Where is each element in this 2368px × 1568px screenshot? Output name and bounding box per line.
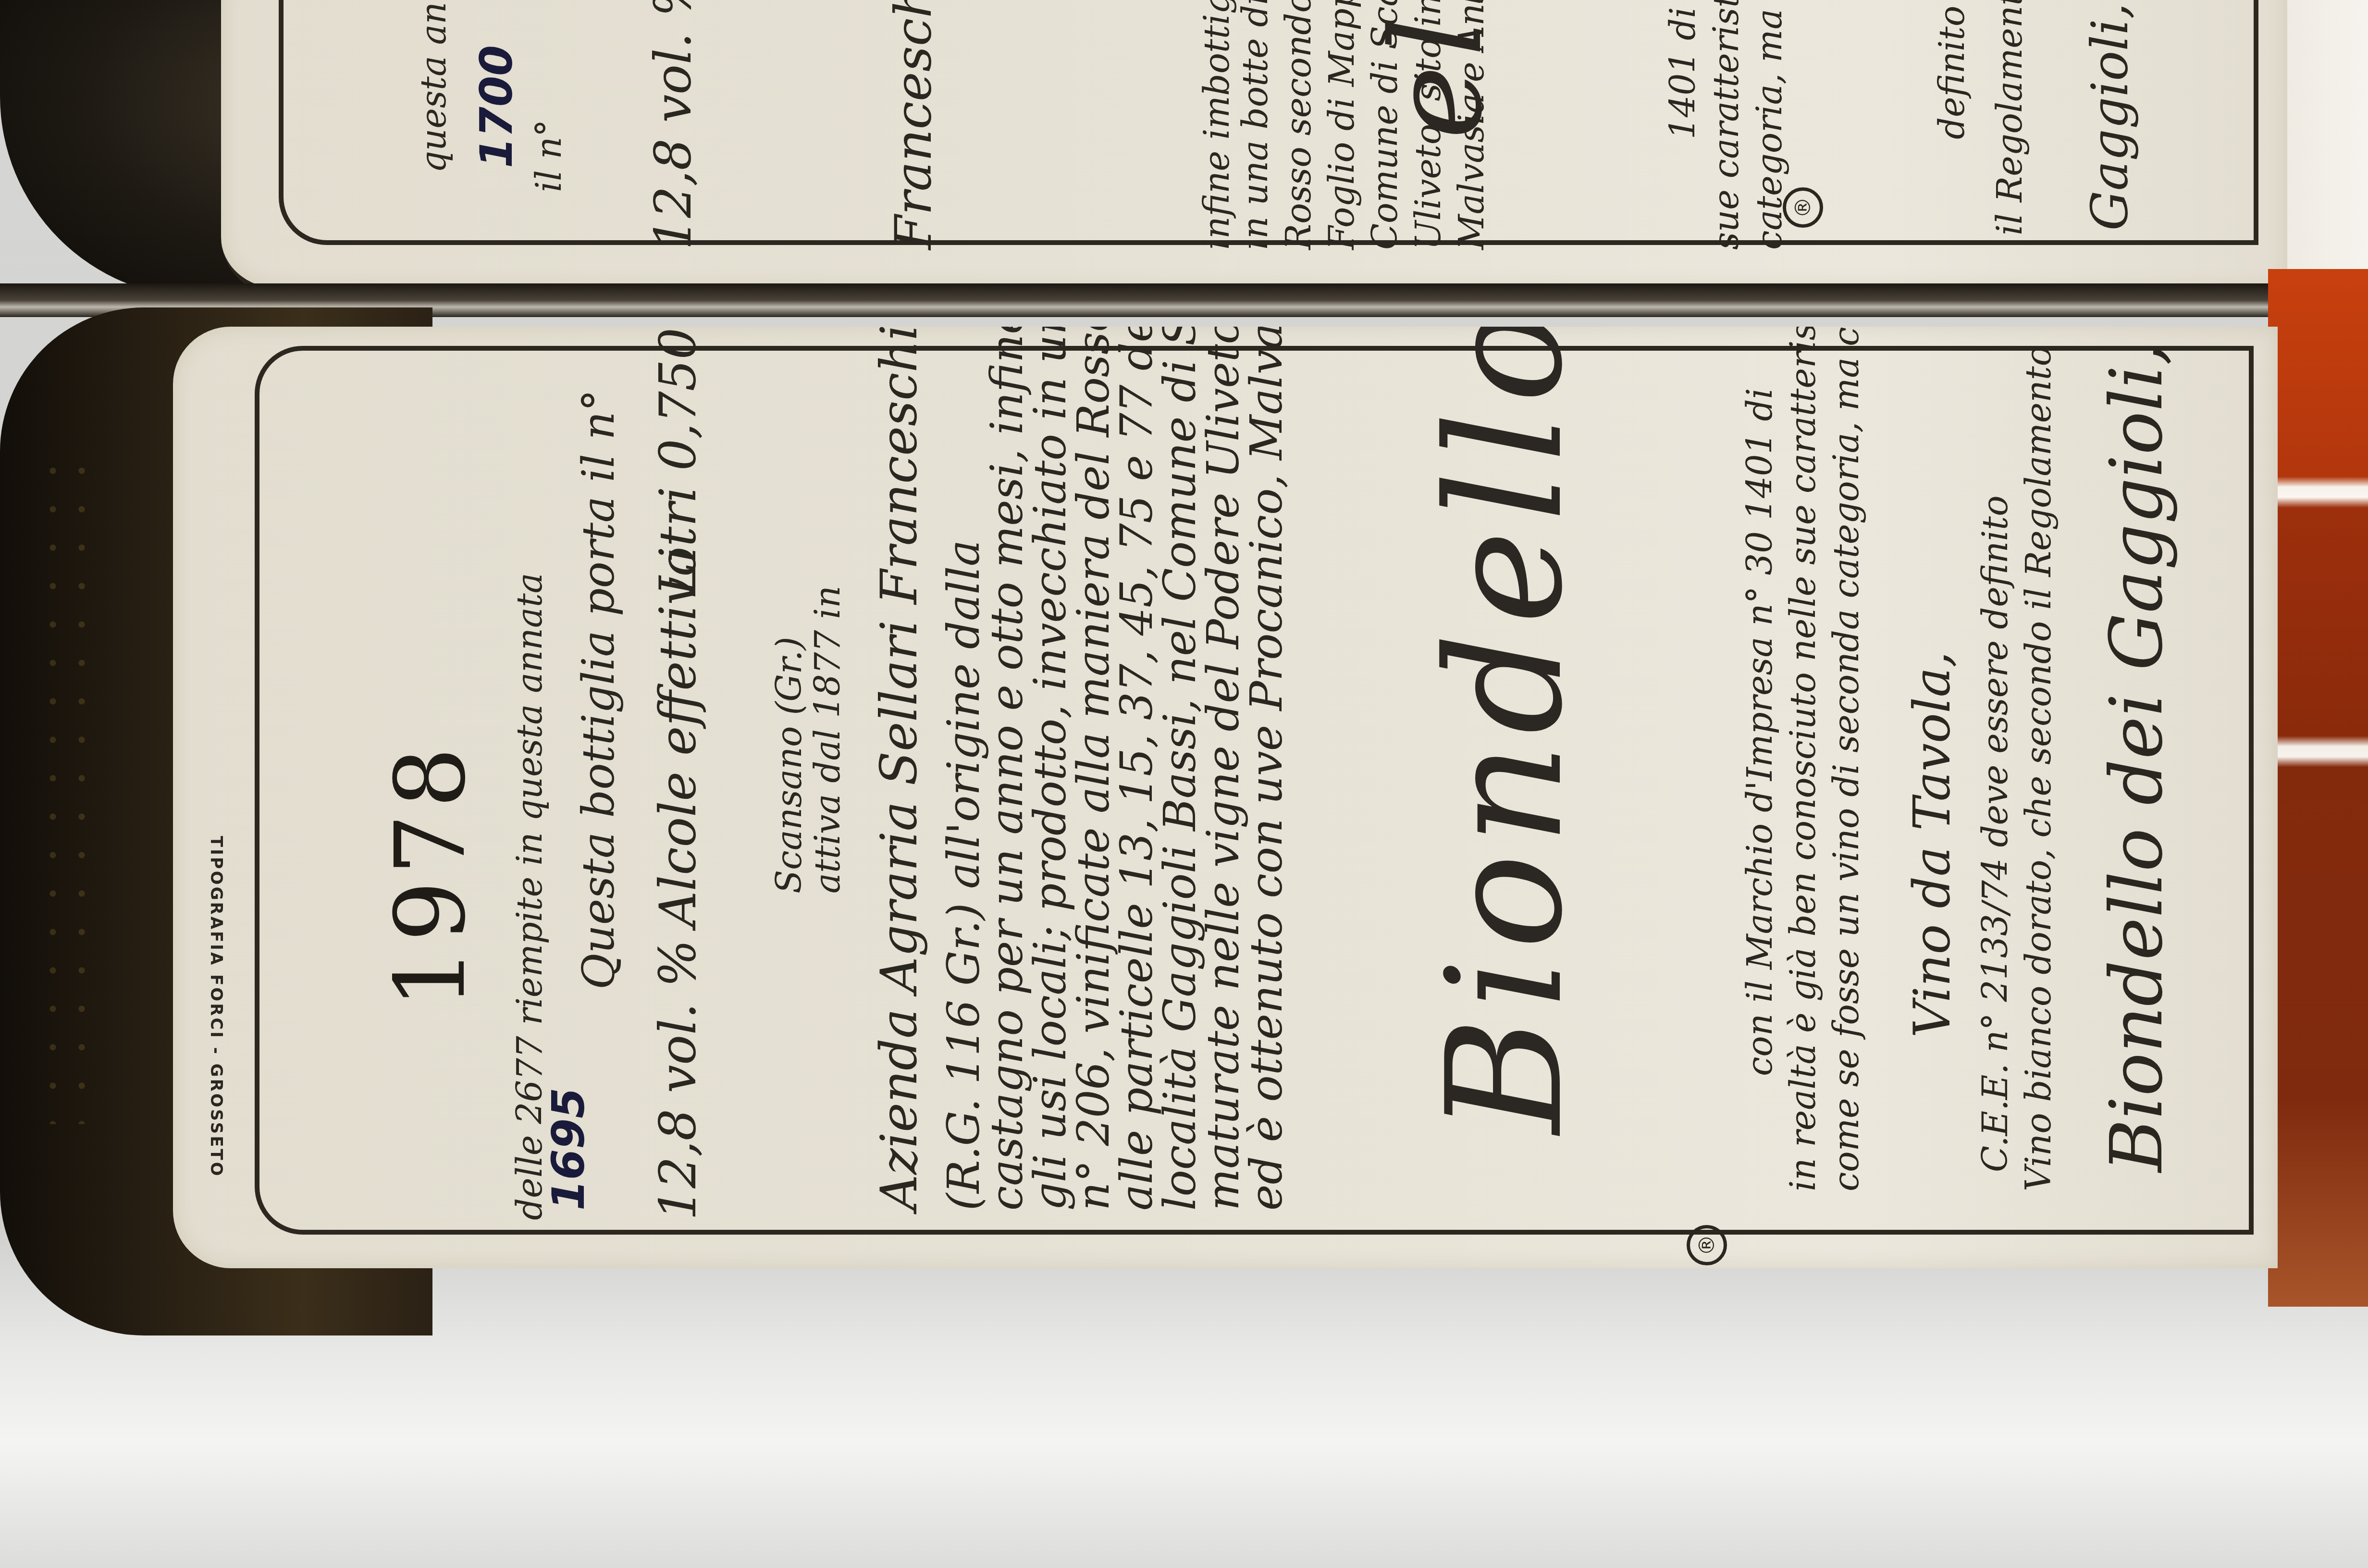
header-line-1: Vino bianco dorato, che secondo il Regol… xyxy=(2018,345,2059,1191)
alcohol-label: Alcole effettivo xyxy=(649,547,707,927)
printer-credit: TIPOGRAFIA FORCI - GROSSETO xyxy=(207,836,226,1178)
upper-label-fragment: Rosso secondo xyxy=(1278,0,1319,250)
upper-label-fragment: in una botte di xyxy=(1235,0,1275,250)
paragraph-line: (R.G. 116 Gr.) all'origine dalla xyxy=(942,540,986,1211)
wine-name-title: Biondello xyxy=(1413,327,1597,1134)
bottle-statement-line-2: delle 2677 riempite in questa annata xyxy=(509,573,550,1220)
vintage-year: 1978 xyxy=(375,741,487,1009)
header-line-5: in realtà è già ben conosciuto nelle sue… xyxy=(1783,327,1823,1191)
upper-label-fragment: infine imbottigliato xyxy=(1196,0,1237,250)
header-line-6: con il Marchio d'Impresa n° 30 1401 di xyxy=(1739,388,1780,1076)
paragraph-line: località Gaggioli Bassi, nel Comune di S… xyxy=(1158,327,1202,1211)
producer-name: Azienda Agraria Sellari Franceschini xyxy=(870,327,928,1211)
header-line-4: come se fosse un vino di seconda categor… xyxy=(1826,327,1866,1191)
upper-alcohol-value: 12,8 vol. % xyxy=(644,0,703,250)
header-line-3: Vino da Tavola, xyxy=(1903,651,1961,1038)
upper-label-fragment: Malvasia e Ansonica, xyxy=(1451,0,1492,250)
upper-label-fragment: Comune di Scansano, xyxy=(1365,0,1405,250)
upper-wine-label: Gaggioli, il Regolamento definito catego… xyxy=(221,0,2287,295)
photo-scene: Gaggioli, il Regolamento definito catego… xyxy=(0,0,2368,1568)
upper-bottle-number: 1700 xyxy=(471,45,522,168)
bottle-statement-line-1: Questa bottiglia porta il n° xyxy=(577,389,621,990)
upper-label-fragment: Uliveto; sito in xyxy=(1408,0,1448,250)
paragraph-line: maturate nelle vigne del Podere Uliveto,… xyxy=(1201,327,1246,1211)
amber-wine-through-glass xyxy=(2268,269,2368,1307)
paragraph-line: n° 206, vinificate alla maniera del Ross… xyxy=(1072,327,1116,1211)
paragraph-line: alle particelle 13, 15, 37, 45, 75 e 77 … xyxy=(1115,327,1159,1211)
upper-label-fragment: sue caratteristiche xyxy=(1706,0,1746,250)
upper-label-fragment: 1401 di xyxy=(1663,7,1703,139)
upper-label-fragment: Gaggioli, xyxy=(2081,3,2139,231)
upper-label-fragment: il Regolamento xyxy=(1989,0,2030,235)
upper-label-fragment: Foglio di Mappa xyxy=(1321,0,1362,250)
paragraph-line: gli usi locali; prodotto, invecchiato in… xyxy=(1028,327,1073,1211)
upper-label-fragment: Franceschini xyxy=(884,0,943,250)
producer-since: attiva dal 1877 in xyxy=(807,586,848,894)
paragraph-line: ed è ottenuto con uve Procanico, Malvasi… xyxy=(1245,327,1289,1211)
upper-bottle-statement: il n° xyxy=(529,120,569,192)
producer-town: Scansano (Gr.) xyxy=(769,637,809,894)
header-line-2: C.E.E. n° 2133/74 deve essere definito xyxy=(1975,495,2015,1172)
header-title: Biondello dei Gaggioli, xyxy=(2095,343,2179,1173)
upper-label-fragment: definito xyxy=(1932,6,1972,139)
registered-trademark-icon: ® xyxy=(1687,1225,1727,1265)
handwritten-bottle-number: 1695 xyxy=(543,1088,594,1211)
paragraph-line: castagno per un anno e otto mesi, infine… xyxy=(985,327,1029,1211)
lower-wine-label: TIPOGRAFIA FORCI - GROSSETO Biondello de… xyxy=(173,327,2278,1268)
registered-trademark-icon: ® xyxy=(1783,187,1823,228)
upper-annata-fragment: questa annata xyxy=(413,0,454,173)
alcohol-value: 12,8 vol. % xyxy=(649,940,707,1220)
